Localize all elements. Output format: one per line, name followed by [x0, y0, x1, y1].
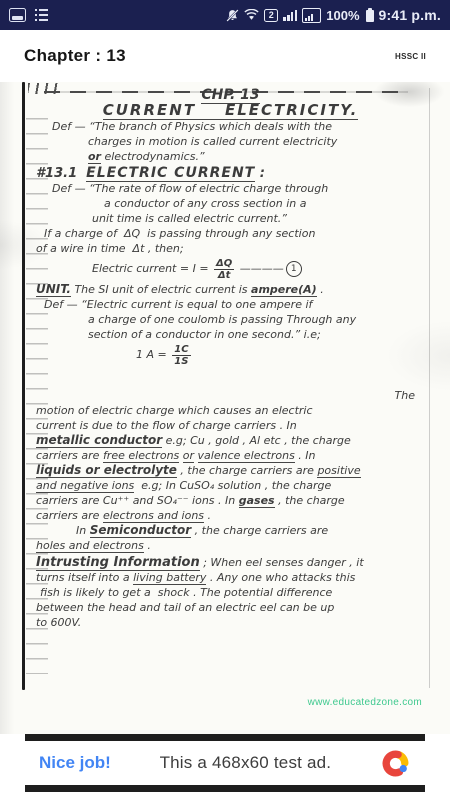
note-line: a conductor of any cross section in a — [36, 196, 425, 211]
note-line: liquids or electrolyte , the charge carr… — [36, 463, 425, 478]
note-line: UNIT. The SI unit of electric current is… — [36, 282, 425, 297]
status-bar-left — [9, 8, 48, 22]
note-line: a charge of one coulomb is passing Throu… — [36, 312, 425, 327]
note-line: #13.1 ELECTRIC CURRENT : — [36, 166, 425, 181]
admob-logo-icon — [380, 748, 411, 779]
fraction: ΔQΔt — [214, 258, 234, 281]
note-line: turns itself into a living battery . Any… — [36, 570, 425, 585]
battery-icon — [366, 10, 374, 22]
ad-cta-link[interactable]: Nice job! — [39, 753, 111, 773]
note-line: of a wire in time Δt , then; — [36, 241, 425, 256]
note-line: Def — “The rate of flow of electric char… — [36, 181, 425, 196]
equation-number: 1 — [286, 261, 302, 277]
note-line: Def — “Electric current is equal to one … — [36, 297, 425, 312]
mute-notifications-icon — [226, 9, 239, 22]
note-line: charges in motion is called current elec… — [36, 134, 425, 149]
wifi-icon — [244, 9, 259, 21]
bottom-margin — [0, 792, 450, 800]
note-line: Def — “The branch of Physics which deals… — [36, 119, 425, 134]
note-line: motion of electric charge which causes a… — [36, 403, 425, 418]
app-header: Chapter : 13 HSSC II — [0, 30, 450, 82]
signal-strength-icon — [283, 10, 297, 21]
mobile-data-signal-icon — [302, 8, 321, 23]
status-bar-right: 2 100% 9:41 p.m. — [226, 7, 441, 23]
note-line: to 600V. — [36, 615, 425, 630]
page-title: Chapter : 13 — [24, 46, 126, 66]
note-line: In Semiconductor , the charge carriers a… — [36, 523, 425, 538]
note-line: carriers are electrons and ions . — [36, 508, 425, 523]
screenshot-notification-icon — [9, 8, 26, 22]
list-notification-icon — [35, 9, 48, 21]
handwritten-notes: CHP. 13CURRENT ELECTRICITY.Def — “The br… — [36, 88, 425, 630]
note-line: If a charge of ΔQ is passing through any… — [36, 226, 425, 241]
fraction: 1C1S — [172, 344, 190, 367]
notes-scan-page[interactable]: CHP. 13CURRENT ELECTRICITY.Def — “The br… — [0, 82, 450, 734]
level-label: HSSC II — [395, 52, 426, 61]
note-line: section of a conductor in one second.” i… — [36, 327, 425, 342]
sim2-icon: 2 — [264, 9, 278, 22]
note-line: and negative ions e.g; In CuSO₄ solution… — [36, 478, 425, 493]
note-line: CURRENT ELECTRICITY. — [36, 103, 425, 119]
note-line: holes and electrons . — [36, 538, 425, 553]
app-screen: 2 100% 9:41 p.m. Chapter : 13 HSSC II CH… — [0, 0, 450, 800]
ad-banner[interactable]: Nice job! This a 468x60 test ad. — [25, 734, 425, 792]
note-line: fish is likely to get a shock . The pote… — [36, 585, 425, 600]
watermark-link: www.educatedzone.com — [308, 697, 422, 708]
page-right-edge-line — [429, 88, 431, 688]
note-line: or electrodynamics.” — [36, 149, 425, 164]
note-line: carriers are Cu⁺⁺ and SO₄⁻⁻ ions . In ga… — [36, 493, 425, 508]
note-line: Intrusting Information ; When eel senses… — [36, 555, 425, 570]
note-line: 1 A = 1C1S — [36, 342, 425, 368]
note-line: carriers are free electrons or valence e… — [36, 448, 425, 463]
clock-label: 9:41 p.m. — [379, 7, 442, 23]
note-line: Electric current = I = ΔQΔt ————1 — [36, 256, 425, 282]
ad-text: This a 468x60 test ad. — [160, 753, 332, 773]
note-line: unit time is called electric current.” — [36, 211, 425, 226]
note-line: metallic conductor e.g; Cu , gold , Al e… — [36, 433, 425, 448]
battery-percent-label: 100% — [326, 8, 359, 23]
note-line: between the head and tail of an electric… — [36, 600, 425, 615]
status-bar: 2 100% 9:41 p.m. — [0, 0, 450, 30]
note-line: The — [36, 388, 425, 403]
note-line: current is due to the flow of charge car… — [36, 418, 425, 433]
page-edge-line — [22, 82, 25, 690]
